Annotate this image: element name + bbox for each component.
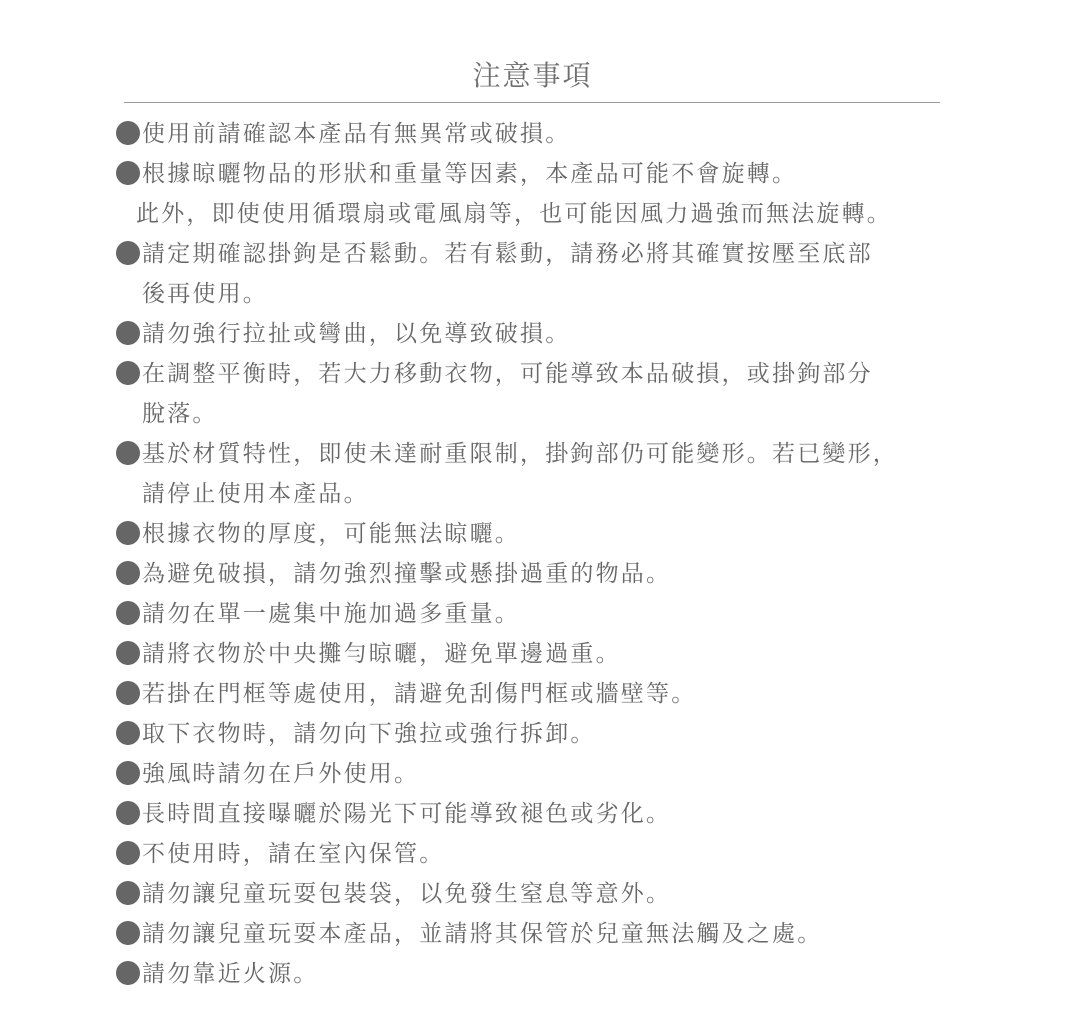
precautions-list: 使用前請確認本產品有無異常或破損。 根據晾曬物品的形狀和重量等因素，本產品可能不… xyxy=(116,114,976,994)
note-text: 此外，即使使用循環扇或電風扇等，也可能因風力過強而無法旋轉。 xyxy=(136,201,892,227)
note-text: 根據晾曬物品的形狀和重量等因素，本產品可能不會旋轉。 xyxy=(142,161,797,187)
bullet-icon xyxy=(116,921,140,945)
note-text: 請將衣物於中央攤勻晾曬，避免單邊過重。 xyxy=(142,641,621,667)
note-text: 不使用時，請在室內保管。 xyxy=(142,841,444,867)
note-text: 請勿讓兒童玩耍本產品，並請將其保管於兒童無法觸及之處。 xyxy=(142,921,822,947)
note-text: 長時間直接曝曬於陽光下可能導致褪色或劣化。 xyxy=(142,801,671,827)
list-item: 若掛在門框等處使用，請避免刮傷門框或牆壁等。 xyxy=(116,674,976,714)
list-item: 請勿讓兒童玩耍本產品，並請將其保管於兒童無法觸及之處。 xyxy=(116,914,976,954)
note-text: 若掛在門框等處使用，請避免刮傷門框或牆壁等。 xyxy=(142,681,696,707)
bullet-icon xyxy=(116,721,140,745)
note-text: 使用前請確認本產品有無異常或破損。 xyxy=(142,121,570,147)
bullet-icon xyxy=(116,161,140,185)
list-item: 根據衣物的厚度，可能無法晾曬。 xyxy=(116,514,976,554)
bullet-icon xyxy=(116,601,140,625)
list-item-continuation: 請停止使用本產品。 xyxy=(116,474,976,514)
bullet-icon xyxy=(116,561,140,585)
list-item: 在調整平衡時，若大力移動衣物，可能導致本品破損，或掛鉤部分 xyxy=(116,354,976,394)
list-item: 請將衣物於中央攤勻晾曬，避免單邊過重。 xyxy=(116,634,976,674)
bullet-icon xyxy=(116,521,140,545)
note-text: 在調整平衡時，若大力移動衣物，可能導致本品破損，或掛鉤部分 xyxy=(142,361,873,387)
note-text: 取下衣物時，請勿向下強拉或強行拆卸。 xyxy=(142,721,596,747)
list-item-continuation: 脫落。 xyxy=(116,394,976,434)
note-text: 後再使用。 xyxy=(142,281,268,307)
list-item: 基於材質特性，即使未達耐重限制，掛鉤部仍可能變形。若已變形， xyxy=(116,434,976,474)
page-title: 注意事項 xyxy=(0,56,1065,96)
note-text: 為避免破損，請勿強烈撞擊或懸掛過重的物品。 xyxy=(142,561,671,587)
list-item: 請勿靠近火源。 xyxy=(116,954,976,994)
list-item: 不使用時，請在室內保管。 xyxy=(116,834,976,874)
note-text: 請勿在單一處集中施加過多重量。 xyxy=(142,601,520,627)
note-text: 請勿靠近火源。 xyxy=(142,961,318,987)
bullet-icon xyxy=(116,801,140,825)
note-text: 請停止使用本產品。 xyxy=(142,481,369,507)
bullet-icon xyxy=(116,881,140,905)
bullet-icon xyxy=(116,681,140,705)
note-text: 請勿強行拉扯或彎曲，以免導致破損。 xyxy=(142,321,570,347)
list-item: 為避免破損，請勿強烈撞擊或懸掛過重的物品。 xyxy=(116,554,976,594)
bullet-icon xyxy=(116,961,140,985)
note-text: 脫落。 xyxy=(142,401,218,427)
note-text: 請定期確認掛鉤是否鬆動。若有鬆動，請務必將其確實按壓至底部 xyxy=(142,241,873,267)
bullet-icon xyxy=(116,121,140,145)
list-item: 請勿強行拉扯或彎曲，以免導致破損。 xyxy=(116,314,976,354)
list-item-continuation: 此外，即使使用循環扇或電風扇等，也可能因風力過強而無法旋轉。 xyxy=(116,194,976,234)
list-item: 請定期確認掛鉤是否鬆動。若有鬆動，請務必將其確實按壓至底部 xyxy=(116,234,976,274)
note-text: 基於材質特性，即使未達耐重限制，掛鉤部仍可能變形。若已變形， xyxy=(142,441,898,467)
bullet-icon xyxy=(116,441,140,465)
list-item: 請勿讓兒童玩耍包裝袋，以免發生窒息等意外。 xyxy=(116,874,976,914)
note-text: 強風時請勿在戶外使用。 xyxy=(142,761,419,787)
bullet-icon xyxy=(116,761,140,785)
list-item: 請勿在單一處集中施加過多重量。 xyxy=(116,594,976,634)
title-divider xyxy=(124,102,940,103)
list-item: 強風時請勿在戶外使用。 xyxy=(116,754,976,794)
list-item: 使用前請確認本產品有無異常或破損。 xyxy=(116,114,976,154)
bullet-icon xyxy=(116,241,140,265)
bullet-icon xyxy=(116,321,140,345)
list-item-continuation: 後再使用。 xyxy=(116,274,976,314)
note-text: 根據衣物的厚度，可能無法晾曬。 xyxy=(142,521,520,547)
bullet-icon xyxy=(116,361,140,385)
note-text: 請勿讓兒童玩耍包裝袋，以免發生窒息等意外。 xyxy=(142,881,671,907)
bullet-icon xyxy=(116,841,140,865)
list-item: 取下衣物時，請勿向下強拉或強行拆卸。 xyxy=(116,714,976,754)
list-item: 根據晾曬物品的形狀和重量等因素，本產品可能不會旋轉。 xyxy=(116,154,976,194)
list-item: 長時間直接曝曬於陽光下可能導致褪色或劣化。 xyxy=(116,794,976,834)
bullet-icon xyxy=(116,641,140,665)
